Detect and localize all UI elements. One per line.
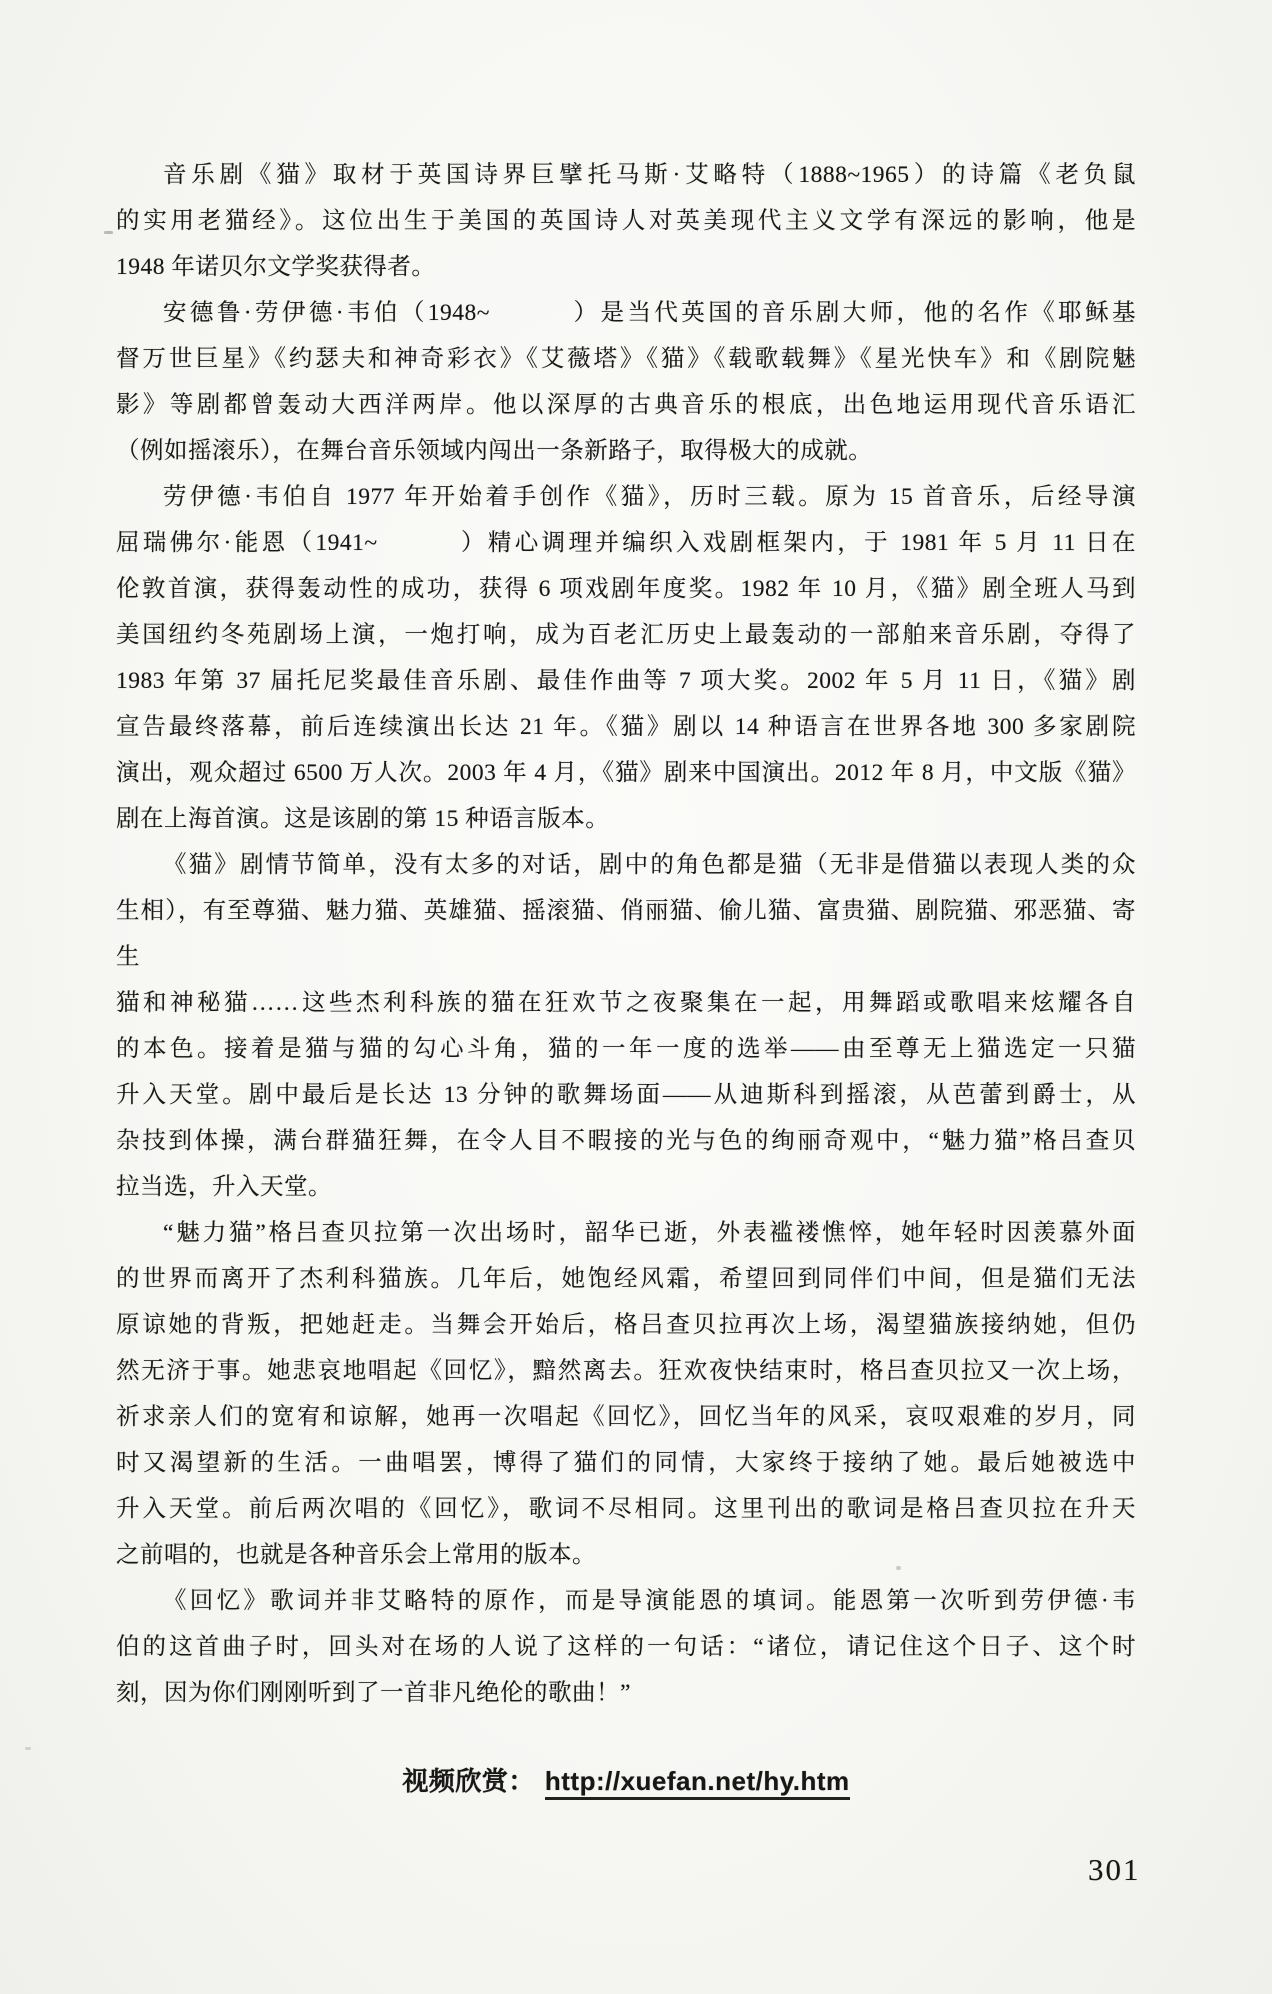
text-line: 安德鲁·劳伊德·韦伯（1948~ ）是当代英国的音乐剧大师，他的名作《耶稣基 bbox=[116, 290, 1136, 336]
text-line: 杂技到体操，满台群猫狂舞，在令人目不暇接的光与色的绚丽奇观中，“魅力猫”格吕查贝 bbox=[116, 1118, 1136, 1164]
text-line: “魅力猫”格吕查贝拉第一次出场时，韶华已逝，外表褴褛憔悴，她年轻时因羡慕外面 bbox=[116, 1210, 1136, 1256]
text-line: 宣告最终落幕，前后连续演出长达 21 年。《猫》剧以 14 种语言在世界各地 3… bbox=[116, 704, 1136, 750]
text-line: 伦敦首演，获得轰动性的成功，获得 6 项戏剧年度奖。1982 年 10 月，《猫… bbox=[116, 566, 1136, 612]
text-line: 的本色。接着是猫与猫的勾心斗角，猫的一年一度的选举——由至尊无上猫选定一只猫 bbox=[116, 1026, 1136, 1072]
text-line: 猫和神秘猫……这些杰利科族的猫在狂欢节之夜聚集在一起，用舞蹈或歌唱来炫耀各自 bbox=[116, 980, 1136, 1026]
text-line: 美国纽约冬苑剧场上演，一炮打响，成为百老汇历史上最轰动的一部舶来音乐剧，夺得了 bbox=[116, 612, 1136, 658]
text-line: 1948 年诺贝尔文学奖获得者。 bbox=[116, 244, 1136, 290]
text-line: 刻，因为你们刚刚听到了一首非凡绝伦的歌曲！” bbox=[116, 1670, 1136, 1716]
text-line: 影》等剧都曾轰动大西洋两岸。他以深厚的古典音乐的根底，出色地运用现代音乐语汇 bbox=[116, 382, 1136, 428]
text-line: 原谅她的背叛，把她赶走。当舞会开始后，格吕查贝拉再次上场，渴望猫族接纳她，但仍 bbox=[116, 1302, 1136, 1348]
text-line: 的实用老猫经》。这位出生于美国的英国诗人对英美现代主义文学有深远的影响，他是 bbox=[116, 198, 1136, 244]
text-line: 伯的这首曲子时，回头对在场的人说了这样的一句话：“诸位，请记住这个日子、这个时 bbox=[116, 1624, 1136, 1670]
text-line: 然无济于事。她悲哀地唱起《回忆》，黯然离去。狂欢夜快结束时，格吕查贝拉又一次上场… bbox=[116, 1348, 1136, 1394]
text-line: 拉当选，升入天堂。 bbox=[116, 1164, 1136, 1210]
text-line: 《猫》剧情节简单，没有太多的对话，剧中的角色都是猫（无非是借猫以表现人类的众 bbox=[116, 842, 1136, 888]
page-number: 301 bbox=[1088, 1852, 1141, 1888]
scan-artifact bbox=[896, 1566, 901, 1570]
text-line: 之前唱的，也就是各种音乐会上常用的版本。 bbox=[116, 1532, 1136, 1578]
text-line: 时又渴望新的生活。一曲唱罢，博得了猫们的同情，大家终于接纳了她。最后她被选中 bbox=[116, 1440, 1136, 1486]
video-label: 视频欣赏： bbox=[402, 1766, 535, 1796]
text-line: 1983 年第 37 届托尼奖最佳音乐剧、最佳作曲等 7 项大奖。2002 年 … bbox=[116, 658, 1136, 704]
text-line: 升入天堂。前后两次唱的《回忆》，歌词不尽相同。这里刊出的歌词是格吕查贝拉在升天 bbox=[116, 1486, 1136, 1532]
video-url-link[interactable]: http://xuefan.net/hy.htm bbox=[545, 1766, 850, 1800]
text-line: 升入天堂。剧中最后是长达 13 分钟的歌舞场面——从迪斯科到摇滚，从芭蕾到爵士，… bbox=[116, 1072, 1136, 1118]
text-line: 劳伊德·韦伯自 1977 年开始着手创作《猫》，历时三载。原为 15 首音乐，后… bbox=[116, 474, 1136, 520]
text-line: 《回忆》歌词并非艾略特的原作，而是导演能恩的填词。能恩第一次听到劳伊德·韦 bbox=[116, 1578, 1136, 1624]
text-line: 剧在上海首演。这是该剧的第 15 种语言版本。 bbox=[116, 796, 1136, 842]
text-line: 督万世巨星》《约瑟夫和神奇彩衣》《艾薇塔》《猫》《载歌载舞》《星光快车》和《剧院… bbox=[116, 336, 1136, 382]
scan-artifact bbox=[25, 1747, 31, 1750]
text-line: 演出，观众超过 6500 万人次。2003 年 4 月，《猫》剧来中国演出。20… bbox=[116, 750, 1136, 796]
scan-artifact bbox=[963, 489, 967, 493]
book-page: 音乐剧《猫》取材于英国诗界巨擘托马斯·艾略特（1888~1965）的诗篇《老负鼠… bbox=[0, 0, 1272, 1994]
scan-artifact bbox=[104, 231, 113, 234]
text-block: 音乐剧《猫》取材于英国诗界巨擘托马斯·艾略特（1888~1965）的诗篇《老负鼠… bbox=[116, 152, 1136, 1804]
text-line: 的世界而离开了杰利科猫族。几年后，她饱经风霜，希望回到同伴们中间，但是猫们无法 bbox=[116, 1256, 1136, 1302]
text-line: 祈求亲人们的宽宥和谅解，她再一次唱起《回忆》，回忆当年的风采，哀叹艰难的岁月，同 bbox=[116, 1394, 1136, 1440]
text-line: 音乐剧《猫》取材于英国诗界巨擘托马斯·艾略特（1888~1965）的诗篇《老负鼠 bbox=[116, 152, 1136, 198]
text-line: 生相），有至尊猫、魅力猫、英雄猫、摇滚猫、俏丽猫、偷儿猫、富贵猫、剧院猫、邪恶猫… bbox=[116, 888, 1136, 980]
text-line: 屈瑞佛尔·能恩（1941~ ）精心调理并编织入戏剧框架内，于 1981 年 5 … bbox=[116, 520, 1136, 566]
text-line: （例如摇滚乐），在舞台音乐领域内闯出一条新路子，取得极大的成就。 bbox=[116, 428, 1136, 474]
video-link-row: 视频欣赏：http://xuefan.net/hy.htm bbox=[116, 1758, 1136, 1804]
